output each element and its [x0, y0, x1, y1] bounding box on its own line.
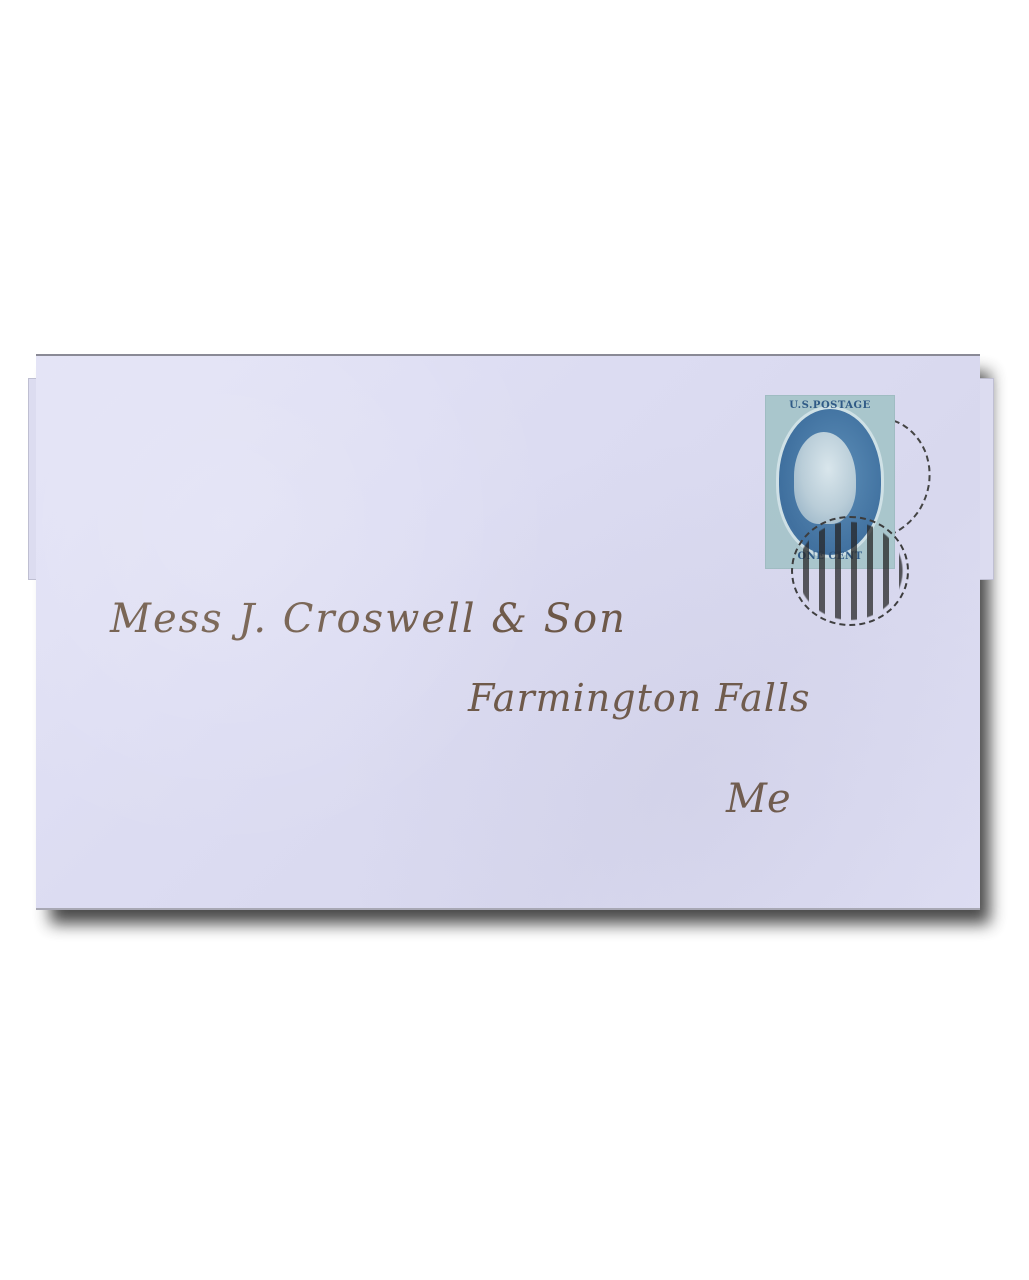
cancel-ring-icon [791, 516, 909, 626]
address-state: Me [726, 776, 791, 822]
portrait-icon [794, 432, 856, 524]
postal-cover: U.S.POSTAGE ONE CENT Mess J. Croswell & … [36, 354, 980, 910]
address-recipient: Mess J. Croswell & Son [110, 596, 627, 642]
address-town: Farmington Falls [468, 676, 811, 720]
stamp-top-label: U.S.POSTAGE [766, 400, 894, 411]
